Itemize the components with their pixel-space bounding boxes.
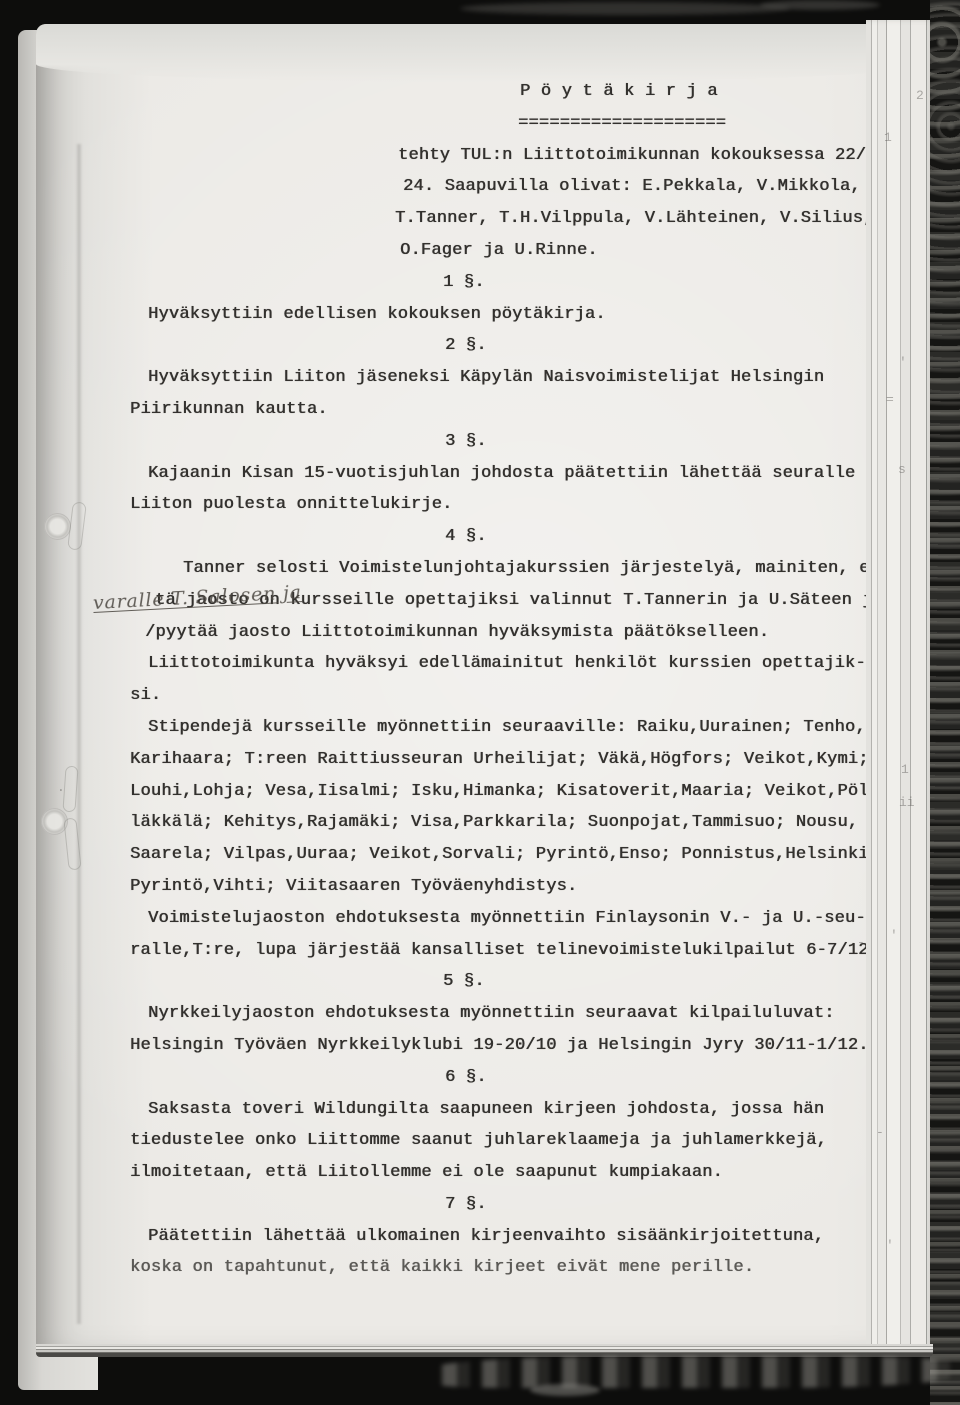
document-section: 1 §. <box>95 267 907 299</box>
document-rule: ==================== <box>95 108 907 140</box>
document-line: Louhi,Lohja; Vesa,Iisalmi; Isku,Himanka;… <box>95 776 907 808</box>
bleed-through-mark: - <box>876 1125 884 1140</box>
bleed-through-mark: = <box>886 392 894 407</box>
document-section: 6 §. <box>95 1062 907 1094</box>
scan-top-smudge <box>760 0 880 10</box>
book-edge-texture <box>930 0 960 1405</box>
document-line: Nyrkkeilyjaoston ehdotuksesta myönnettii… <box>95 998 907 1030</box>
document-line: Pyrintö,Vihti; Viitasaaren Työväenyhdist… <box>95 871 907 903</box>
document-line: tiedustelee onko Liittomme saanut juhlar… <box>95 1125 907 1157</box>
paper-crease <box>76 144 82 1324</box>
bleed-through-mark: - <box>857 935 865 950</box>
document-line: ilmoitetaan, että Liitollemme ei ole saa… <box>95 1157 907 1189</box>
page-stack-fore-edge <box>866 20 938 1356</box>
typewritten-text-block: P ö y t ä k i r j a====================t… <box>95 76 907 1284</box>
bleed-through-mark: ' <box>899 355 907 370</box>
clip-mark <box>67 501 87 550</box>
bleed-through-mark: 1 <box>884 130 892 145</box>
document-line: Karihaara; T:reen Raittiusseuran Urheili… <box>95 744 907 776</box>
document-section: 4 §. <box>95 521 907 553</box>
document-line: Päätettiin lähettää ulkomainen kirjeenva… <box>95 1221 907 1253</box>
document-line: läkkälä; Kehitys,Rajamäki; Visa,Parkkari… <box>95 807 907 839</box>
document-line: Hyväksyttiin edellisen kokouksen pöytäki… <box>95 299 907 331</box>
document-section: 5 §. <box>95 966 907 998</box>
document-line: koska on tapahtunut, että kaikki kirjeet… <box>95 1252 907 1284</box>
document-line: Piirikunnan kautta. <box>95 394 907 426</box>
scan-top-smudge <box>460 2 790 15</box>
document-line: Hyväksyttiin Liiton jäseneksi Käpylän Na… <box>95 362 907 394</box>
document-line: Voimistelujaoston ehdotuksesta myönnetti… <box>95 903 907 935</box>
document-header: 24. Saapuvilla olivat: E.Pekkala, V.Mikk… <box>95 171 907 203</box>
paper-sheet: P ö y t ä k i r j a====================t… <box>36 24 933 1346</box>
document-line: Tanner selosti Voimistelunjohtajakurssie… <box>95 553 907 585</box>
bleed-through-mark: ' <box>886 1238 894 1253</box>
bleed-through-mark: 2 <box>916 88 924 103</box>
document-section: 3 §. <box>95 426 907 458</box>
punch-hole <box>44 513 71 540</box>
document-header: tehty TUL:n Liittotoimikunnan kokouksess… <box>95 140 907 172</box>
document-line: Helsingin Työväen Nyrkkeilyklubi 19-20/1… <box>95 1030 907 1062</box>
document-header: T.Tanner, T.H.Vilppula, V.Lähteinen, V.S… <box>95 203 907 235</box>
bleed-through-mark: ' <box>890 928 898 943</box>
document-line: si. <box>95 680 907 712</box>
bottom-deckle-fuzz <box>430 1356 952 1388</box>
document-title: P ö y t ä k i r j a <box>95 76 907 108</box>
bleed-through-mark: s <box>898 462 906 477</box>
bleed-through-mark: . <box>57 780 65 795</box>
document-line: Stipendejä kursseille myönnettiin seuraa… <box>95 712 907 744</box>
bottom-deckle-fuzz <box>530 1384 600 1396</box>
document-line: Liittotoimikunta hyväksyi edellämainitut… <box>95 648 907 680</box>
document-line: Saksasta toveri Wildungilta saapuneen ki… <box>95 1094 907 1126</box>
scanned-document-page: P ö y t ä k i r j a====================t… <box>0 0 960 1405</box>
document-section: 2 §. <box>95 330 907 362</box>
document-header: O.Fager ja U.Rinne. <box>95 235 907 267</box>
document-line: Liiton puolesta onnittelukirje. <box>95 489 907 521</box>
document-line: ralle,T:re, lupa järjestää kansalliset t… <box>95 935 907 967</box>
document-line: Kajaanin Kisan 15-vuotisjuhlan johdosta … <box>95 458 907 490</box>
document-section: 7 §. <box>95 1189 907 1221</box>
bleed-through-mark: 1 <box>901 762 909 777</box>
document-line: /pyytää jaosto Liittotoimikunnan hyväksy… <box>95 617 907 649</box>
document-line: Saarela; Vilpas,Uuraa; Veikot,Sorvali; P… <box>95 839 907 871</box>
paper-top-edge <box>36 24 933 82</box>
bleed-through-mark: ii <box>899 795 915 810</box>
